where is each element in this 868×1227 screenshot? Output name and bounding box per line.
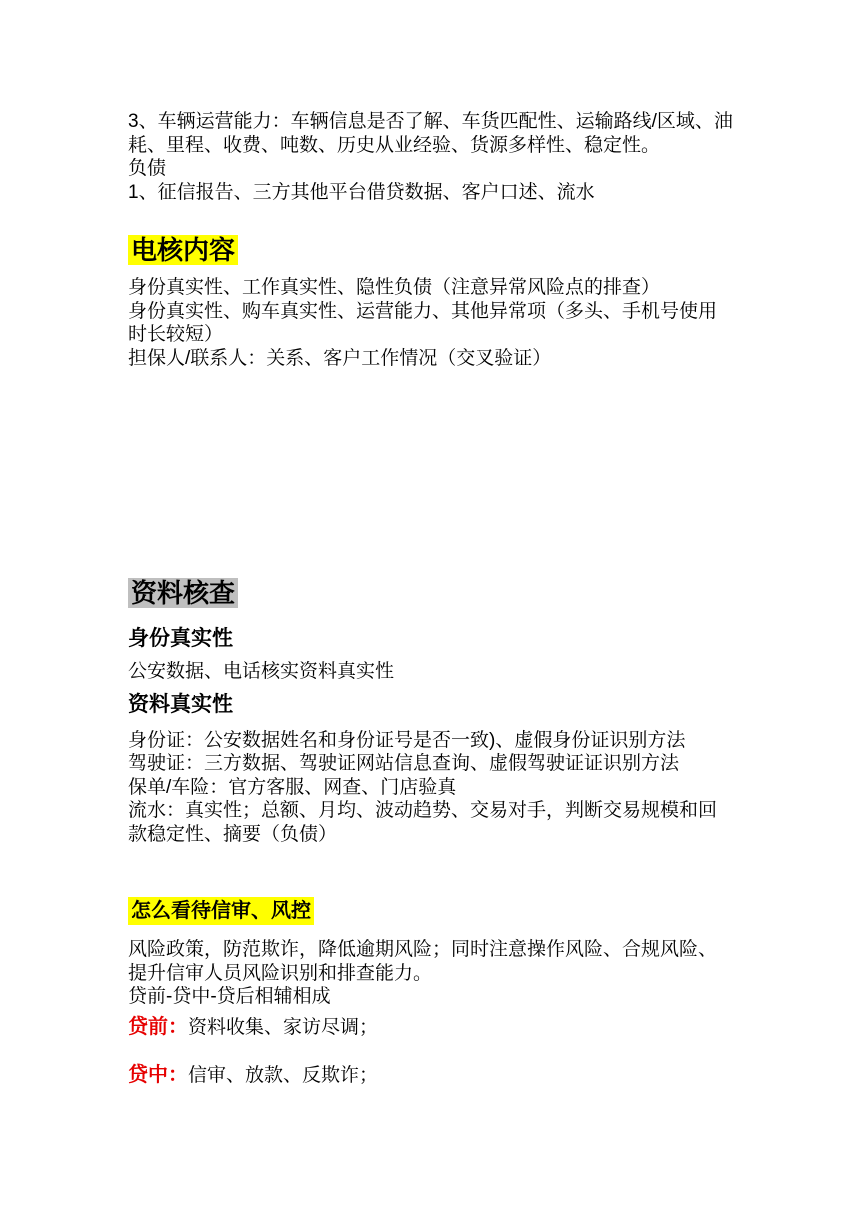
risk-control-paragraph: 风险政策，防范欺诈，降低逾期风险；同时注意操作风险、合规风险、 提升信审人员风险…	[128, 938, 742, 1009]
heading-phone-check: 电核内容	[128, 235, 238, 265]
text-line: 耗、里程、收费、吨数、历史从业经验、货源多样性、稳定性。	[128, 134, 742, 158]
data-check-paragraph: 身份证：公安数据姓名和身份证号是否一致)、虚假身份证识别方法 驾驶证：三方数据、…	[128, 729, 742, 847]
stage-label: 贷前：	[128, 1016, 188, 1038]
text-line: 身份真实性、购车真实性、运营能力、其他异常项（多头、手机号使用	[128, 300, 742, 324]
phone-check-section: 电核内容	[128, 235, 742, 265]
data-check-section: 资料核查	[128, 578, 742, 608]
text-line: 贷前-贷中-贷后相辅相成	[128, 985, 742, 1009]
stage-line-mid-loan: 贷中：信审、放款、反欺诈；	[128, 1063, 742, 1088]
subheading-identity: 身份真实性	[128, 627, 742, 651]
subheading-material: 资料真实性	[128, 693, 742, 717]
text-line: 风险政策，防范欺诈，降低逾期风险；同时注意操作风险、合规风险、	[128, 938, 742, 962]
intro-paragraph: 3、车辆运营能力：车辆信息是否了解、车货匹配性、运输路线/区域、油 耗、里程、收…	[128, 110, 742, 204]
text-line: 流水：真实性；总额、月均、波动趋势、交易对手，判断交易规模和回	[128, 799, 742, 823]
text-line: 身份真实性、工作真实性、隐性负债（注意异常风险点的排查）	[128, 276, 742, 300]
text-line: 款稳定性、摘要（负债）	[128, 823, 742, 847]
heading-risk-control: 怎么看待信审、风控	[128, 897, 314, 925]
heading-data-check: 资料核查	[128, 578, 238, 608]
stage-text: 资料收集、家访尽调；	[188, 1017, 378, 1038]
text-line: 负债	[128, 157, 742, 181]
stage-label: 贷中：	[128, 1064, 188, 1086]
text-line: 公安数据、电话核实资料真实性	[128, 660, 742, 684]
document-page: 3、车辆运营能力：车辆信息是否了解、车货匹配性、运输路线/区域、油 耗、里程、收…	[0, 0, 868, 1227]
text-line: 保单/车险：官方客服、网查、门店验真	[128, 776, 742, 800]
stage-text: 信审、放款、反欺诈；	[188, 1065, 378, 1086]
stage-line-pre-loan: 贷前：资料收集、家访尽调；	[128, 1015, 742, 1040]
text-line: 3、车辆运营能力：车辆信息是否了解、车货匹配性、运输路线/区域、油	[128, 110, 742, 134]
text-line: 担保人/联系人：关系、客户工作情况（交叉验证）	[128, 347, 742, 371]
risk-control-section: 怎么看待信审、风控	[128, 897, 742, 925]
text-line: 身份证：公安数据姓名和身份证号是否一致)、虚假身份证识别方法	[128, 729, 742, 753]
text-line: 提升信审人员风险识别和排查能力。	[128, 962, 742, 986]
text-line: 1、征信报告、三方其他平台借贷数据、客户口述、流水	[128, 181, 742, 205]
text-line: 时长较短）	[128, 323, 742, 347]
phone-check-paragraph: 身份真实性、工作真实性、隐性负债（注意异常风险点的排查） 身份真实性、购车真实性…	[128, 276, 742, 370]
text-line: 驾驶证：三方数据、驾驶证网站信息查询、虚假驾驶证证识别方法	[128, 752, 742, 776]
